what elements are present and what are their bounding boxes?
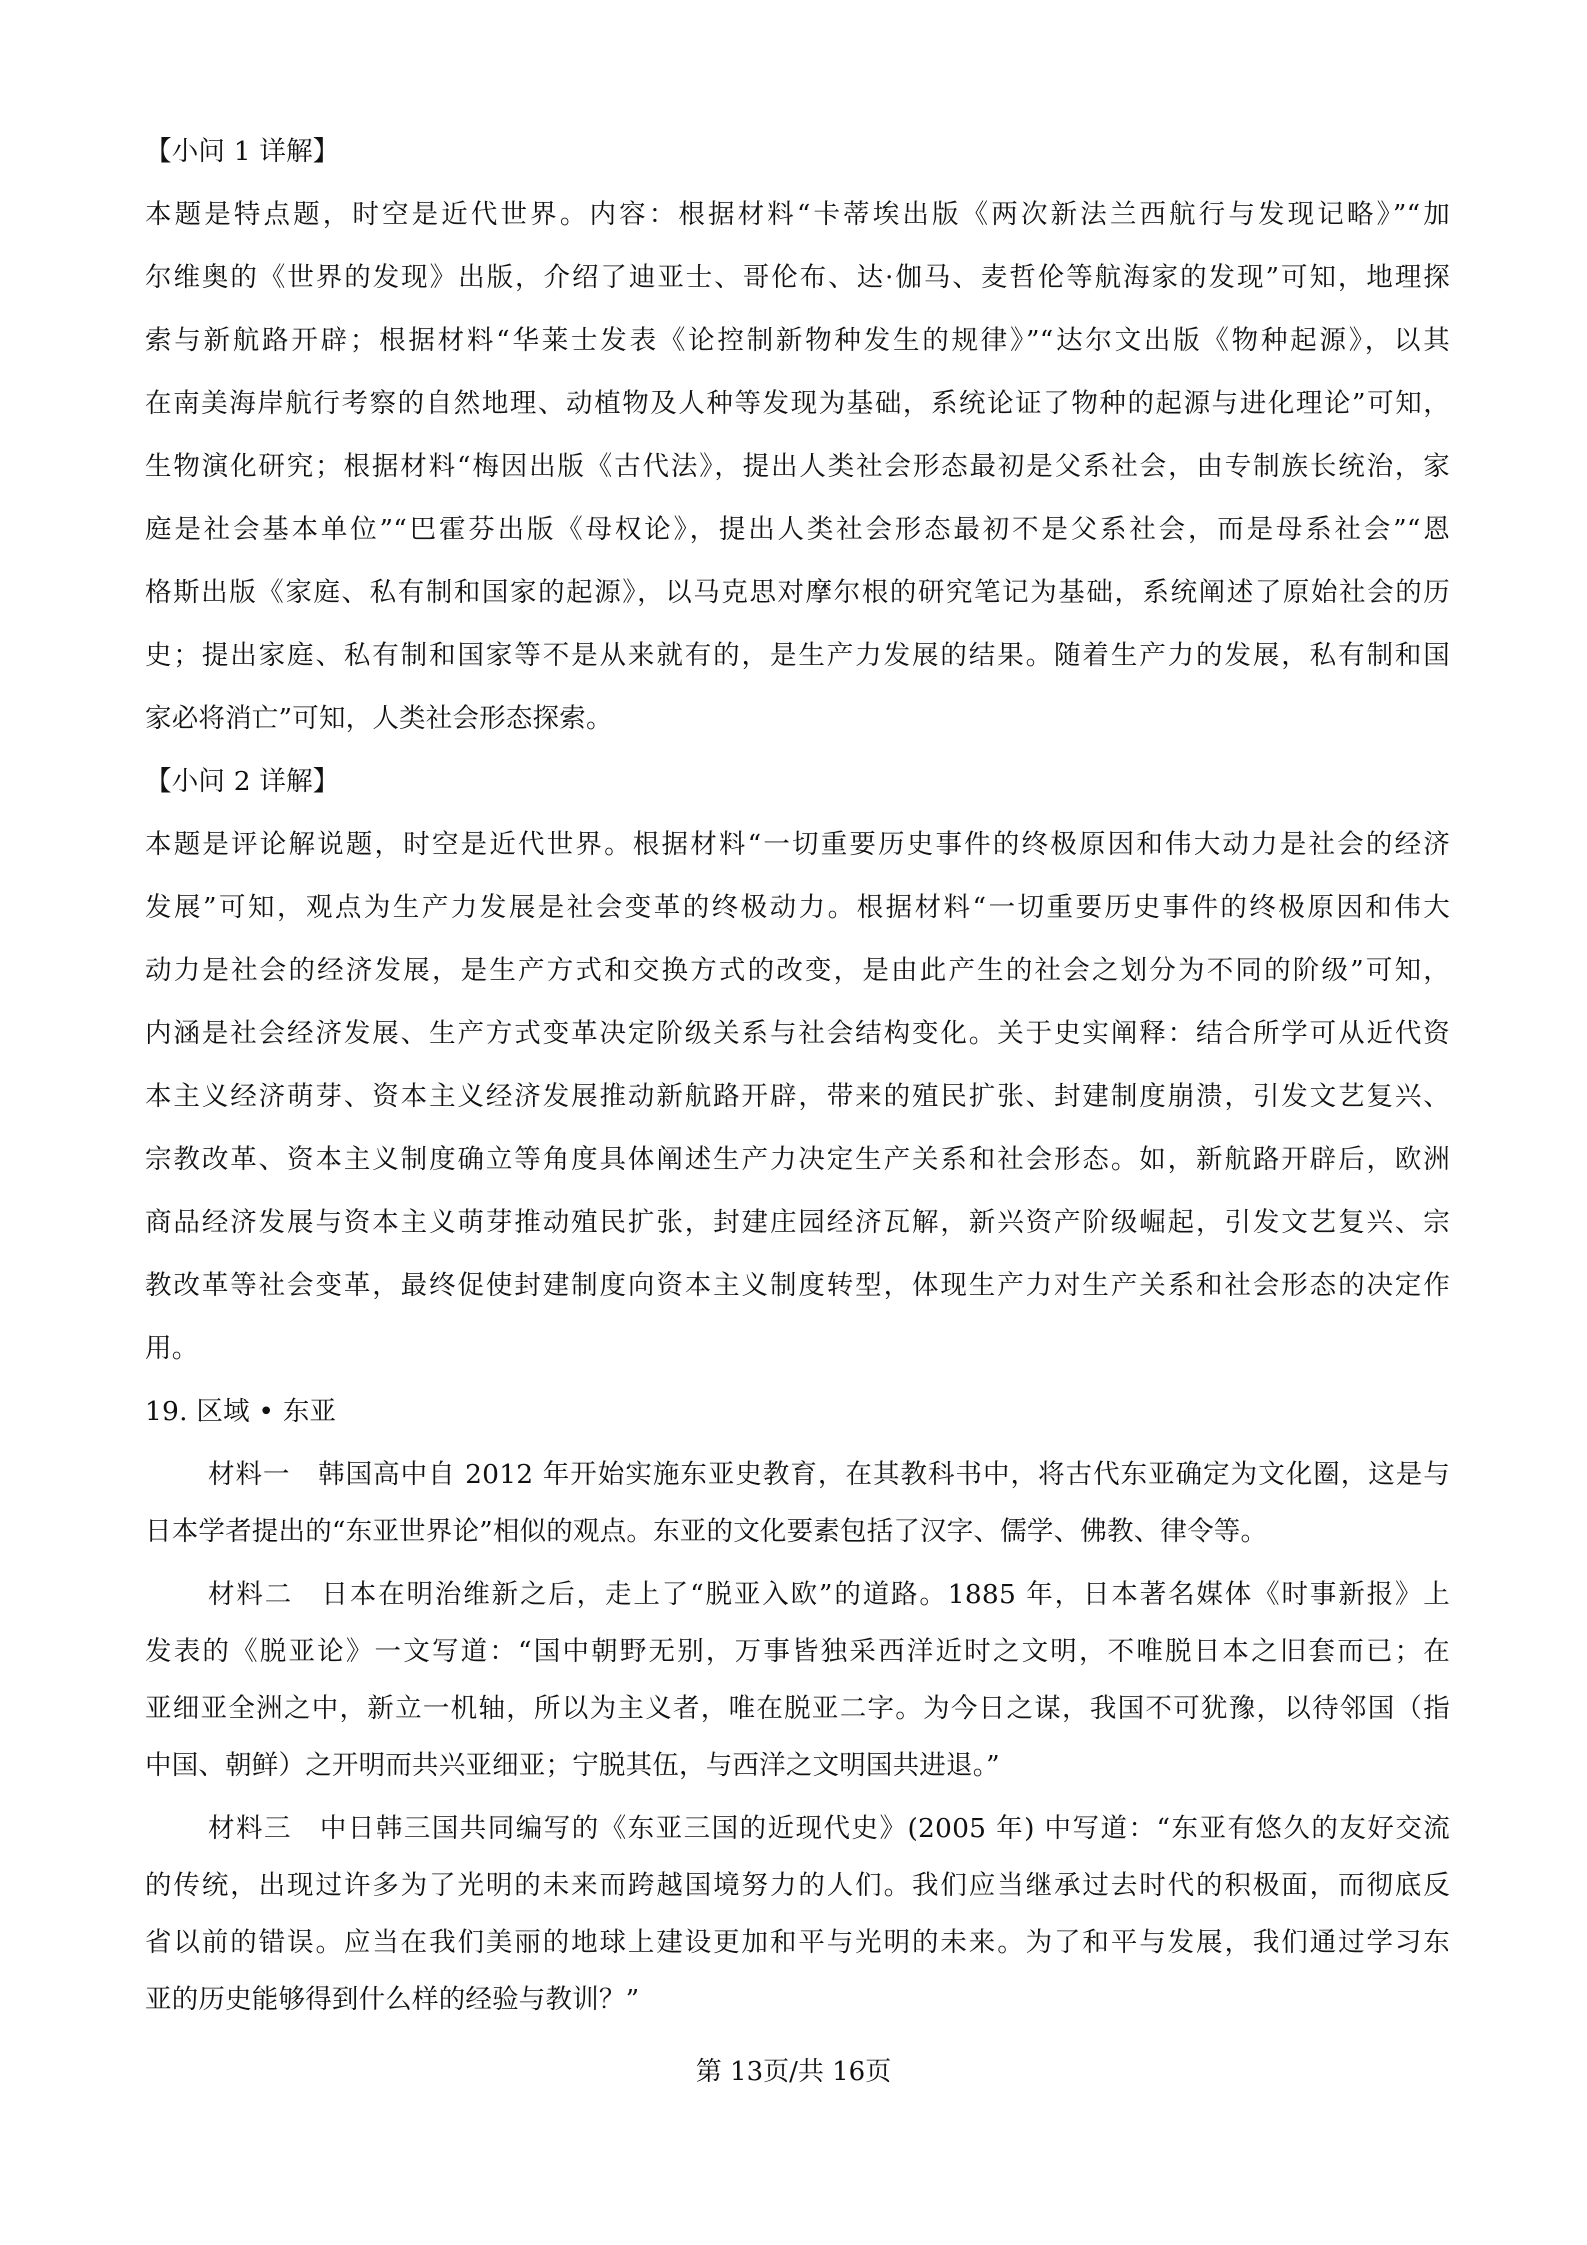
body-line: 本题是特点题，时空是近代世界。内容：根据材料“卡蒂埃出版《两次新法兰西航行与发现…	[145, 198, 1450, 232]
body-line: 发展”可知，观点为生产力发展是社会变革的终极动力。根据材料“一切重要历史事件的终…	[145, 891, 1450, 925]
material-3-line: 材料三 中日韩三国共同编写的《东亚三国的近现代史》(2005 年) 中写道：“东…	[208, 1812, 1450, 1846]
section-heading-q1: 【小问 1 详解】	[145, 135, 1450, 169]
body-line: 动力是社会的经济发展，是生产方式和交换方式的改变，是由此产生的社会之划分为不同的…	[145, 954, 1450, 988]
body-line: 教改革等社会变革，最终促使封建制度向资本主义制度转型，体现生产力对生产关系和社会…	[145, 1269, 1450, 1303]
material-2-line: 材料二 日本在明治维新之后，走上了“脱亚入欧”的道路。1885 年，日本著名媒体…	[208, 1578, 1450, 1612]
body-line: 索与新航路开辟；根据材料“华莱士发表《论控制新物种发生的规律》”“达尔文出版《物…	[145, 324, 1450, 358]
body-line: 庭是社会基本单位”“巴霍芬出版《母权论》，提出人类社会形态最初不是父系社会，而是…	[145, 513, 1450, 547]
body-line: 家必将消亡”可知，人类社会形态探索。	[145, 702, 1450, 736]
material-2-line: 发表的《脱亚论》一文写道：“国中朝野无别，万事皆独采西洋近时之文明，不唯脱日本之…	[145, 1635, 1450, 1669]
body-line: 本主义经济萌芽、资本主义经济发展推动新航路开辟，带来的殖民扩张、封建制度崩溃，引…	[145, 1080, 1450, 1114]
material-3-line: 省以前的错误。应当在我们美丽的地球上建设更加和平与光明的未来。为了和平与发展，我…	[145, 1926, 1450, 1960]
material-1-line: 日本学者提出的“东亚世界论”相似的观点。东亚的文化要素包括了汉字、儒学、佛教、律…	[145, 1515, 1450, 1549]
material-2-line: 亚细亚全洲之中，新立一机轴，所以为主义者，唯在脱亚二字。为今日之谋，我国不可犹豫…	[145, 1692, 1450, 1726]
body-line: 宗教改革、资本主义制度确立等角度具体阐述生产力决定生产关系和社会形态。如，新航路…	[145, 1143, 1450, 1177]
body-line: 尔维奥的《世界的发现》出版，介绍了迪亚士、哥伦布、达·伽马、麦哲伦等航海家的发现…	[145, 261, 1450, 295]
body-line: 用。	[145, 1332, 1450, 1366]
body-line: 格斯出版《家庭、私有制和国家的起源》，以马克思对摩尔根的研究笔记为基础，系统阐述…	[145, 576, 1450, 610]
question-title: 19. 区域 • 东亚	[145, 1395, 1450, 1429]
material-3-line: 亚的历史能够得到什么样的经验与教训？”	[145, 1983, 1450, 2017]
body-line: 商品经济发展与资本主义萌芽推动殖民扩张，封建庄园经济瓦解，新兴资产阶级崛起，引发…	[145, 1206, 1450, 1240]
body-line: 内涵是社会经济发展、生产方式变革决定阶级关系与社会结构变化。关于史实阐释：结合所…	[145, 1017, 1450, 1051]
material-2-line: 中国、朝鲜）之开明而共兴亚细亚；宁脱其伍，与西洋之文明国共进退。”	[145, 1749, 1450, 1783]
body-line: 本题是评论解说题，时空是近代世界。根据材料“一切重要历史事件的终极原因和伟大动力…	[145, 828, 1450, 862]
page-number: 第 13页/共 16页	[0, 2055, 1587, 2089]
section-heading-q2: 【小问 2 详解】	[145, 765, 1450, 799]
document-page: 【小问 1 详解】 本题是特点题，时空是近代世界。内容：根据材料“卡蒂埃出版《两…	[0, 0, 1587, 2245]
material-1-line: 材料一 韩国高中自 2012 年开始实施东亚史教育，在其教科书中，将古代东亚确定…	[208, 1458, 1450, 1492]
body-line: 在南美海岸航行考察的自然地理、动植物及人种等发现为基础，系统论证了物种的起源与进…	[145, 387, 1450, 421]
body-line: 史；提出家庭、私有制和国家等不是从来就有的，是生产力发展的结果。随着生产力的发展…	[145, 639, 1450, 673]
material-3-line: 的传统，出现过许多为了光明的未来而跨越国境努力的人们。我们应当继承过去时代的积极…	[145, 1869, 1450, 1903]
body-line: 生物演化研究；根据材料“梅因出版《古代法》，提出人类社会形态最初是父系社会，由专…	[145, 450, 1450, 484]
